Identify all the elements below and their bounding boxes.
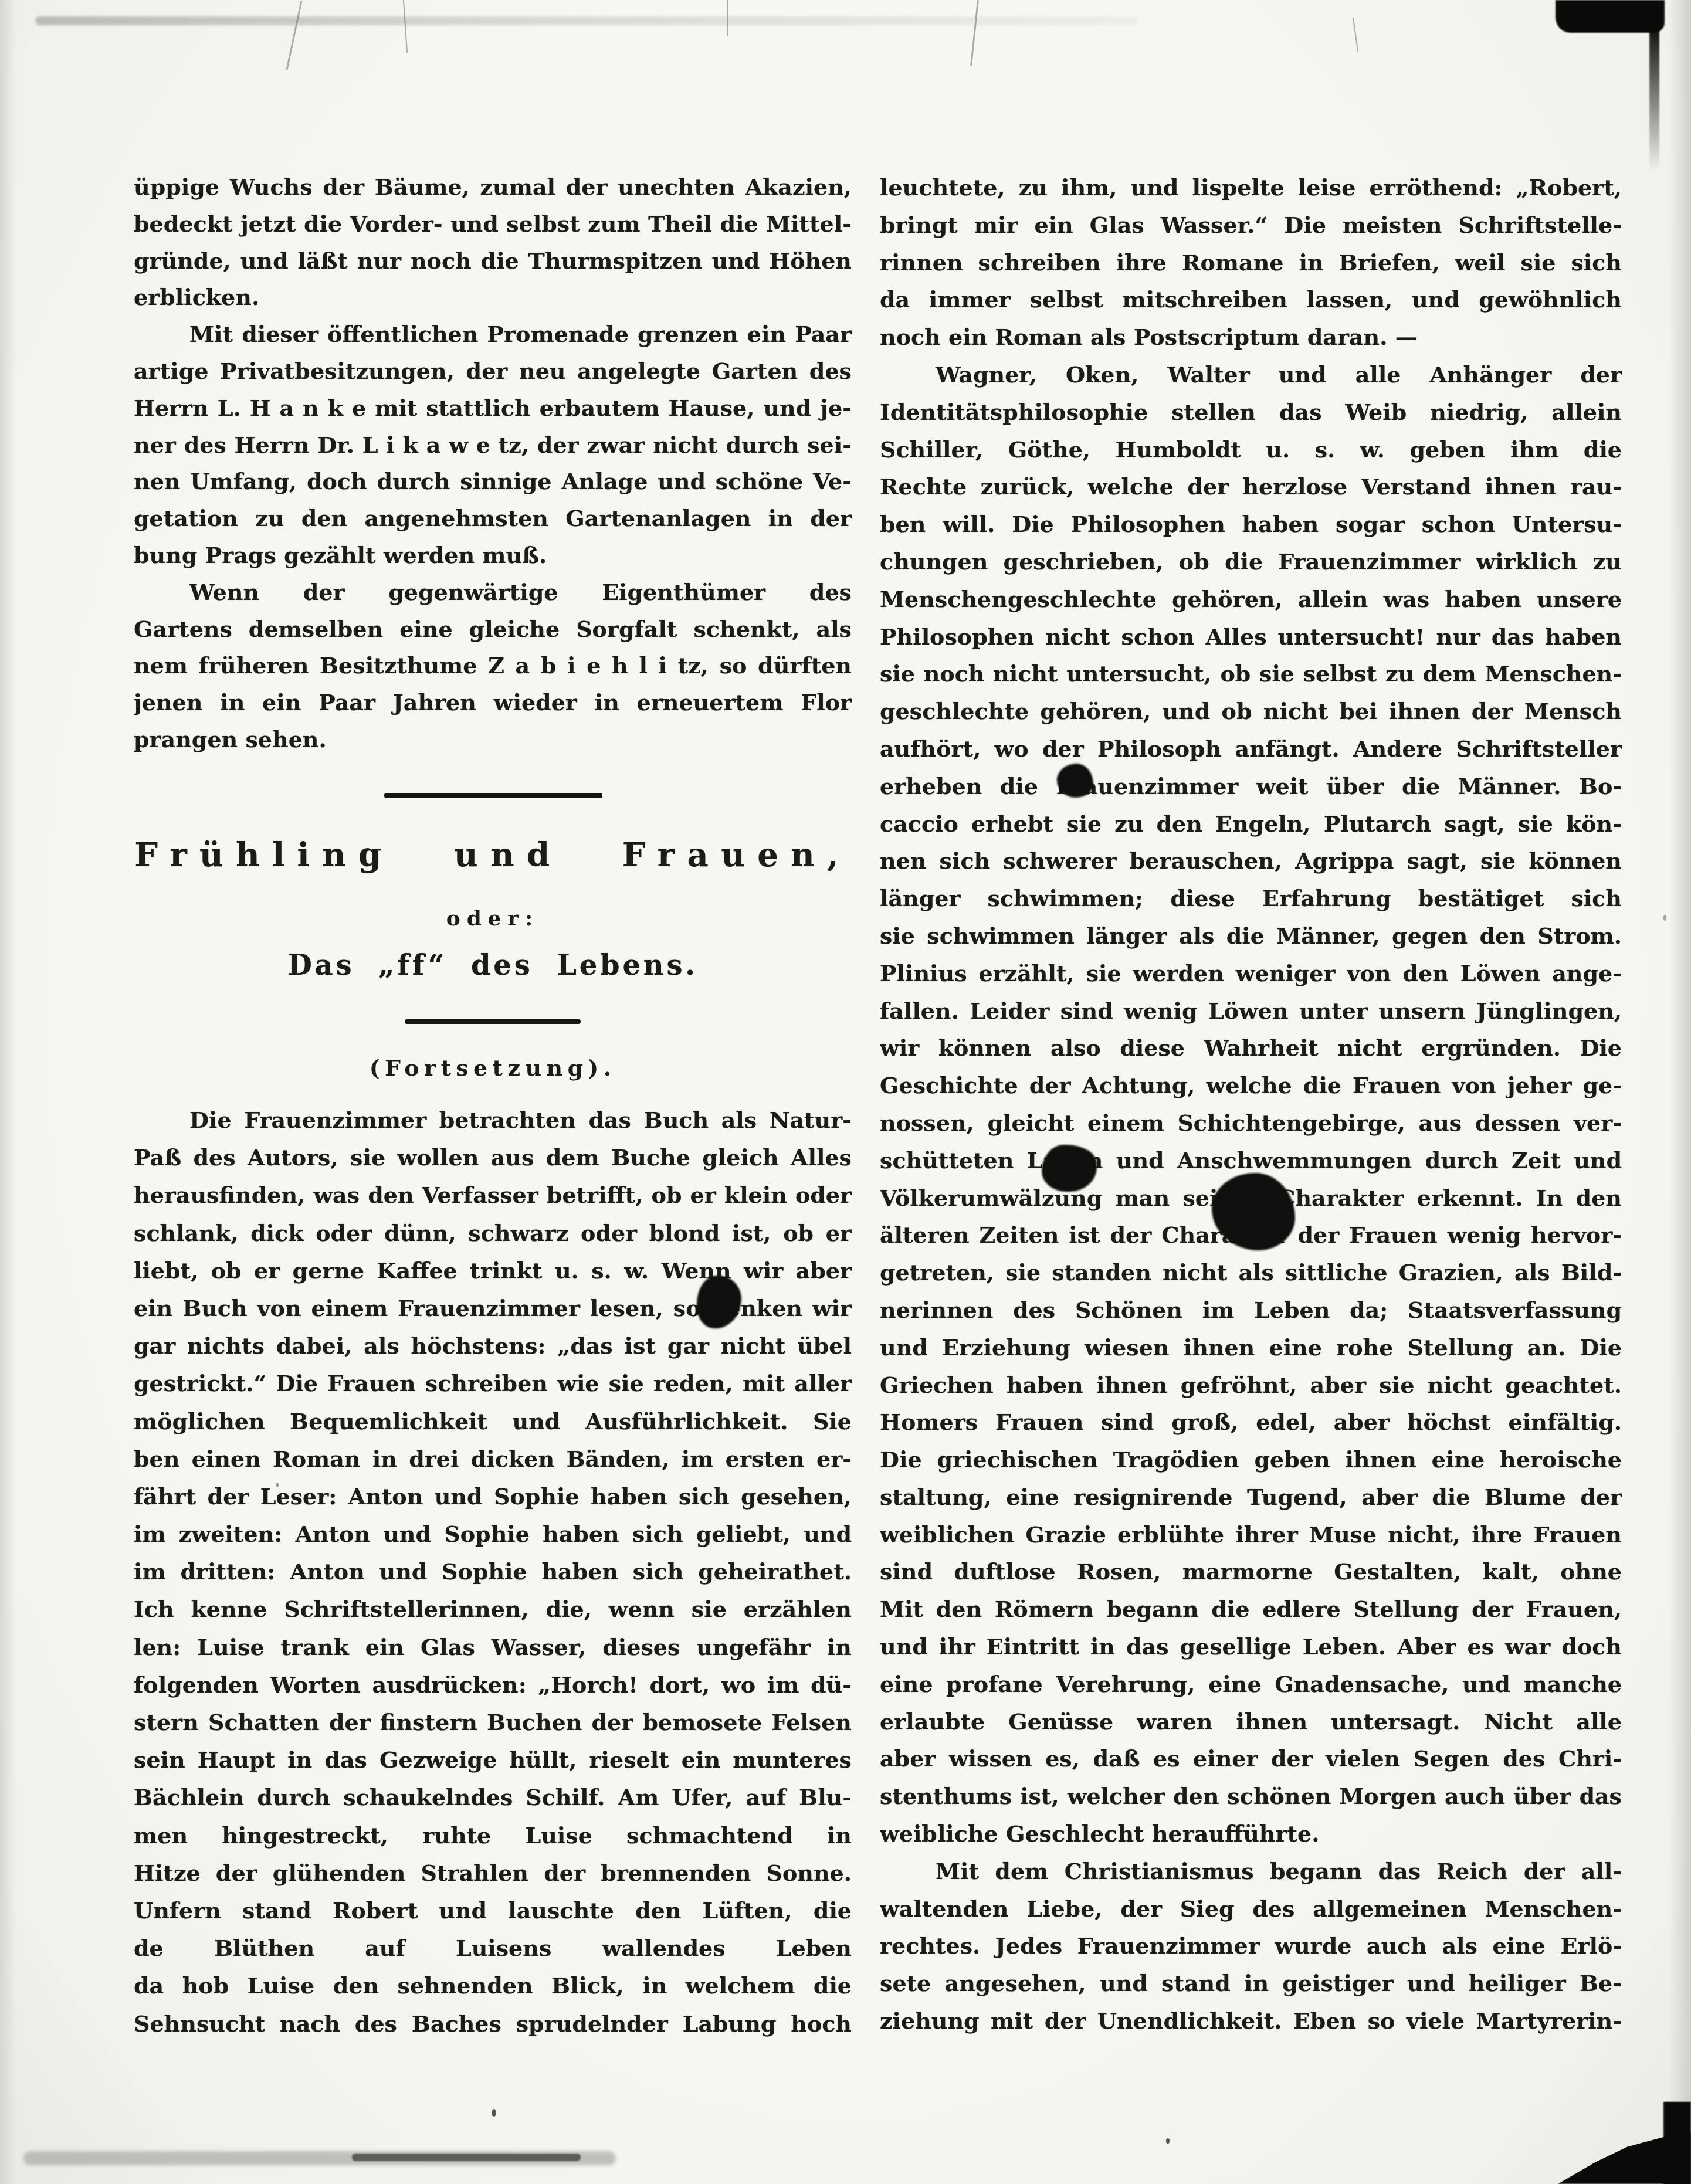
text-line: bringt mir ein Glas Wasser.“ Die meisten… — [880, 206, 1622, 244]
text-line: Die griechischen Tragödien geben ihnen e… — [880, 1441, 1622, 1478]
text-line: Gartens demselben eine gleiche Sorgfalt … — [134, 611, 852, 648]
text-line: Die Frauenzimmer betrachten das Buch als… — [134, 1101, 852, 1139]
text-line: da hob Luise den sehnenden Blick, in wel… — [134, 1967, 852, 2005]
text-line: und Erziehung wiesen ihnen eine rohe Ste… — [880, 1329, 1622, 1366]
text-line: aufhört, wo der Philosoph anfängt. Ander… — [880, 730, 1622, 768]
article-title: Frühling und Frauen, — [134, 836, 852, 874]
paper-speck — [276, 1483, 279, 1487]
text-line: fallen. Leider sind wenig Löwen unter un… — [880, 992, 1622, 1030]
left-column-lower: Die Frauenzimmer betrachten das Buch als… — [134, 1101, 852, 2043]
scan-smudge-top — [35, 16, 1138, 25]
text-line: Identitätsphilosophie stellen das Weib n… — [880, 394, 1622, 431]
text-line: sind duftlose Rosen, marmorne Gestalten,… — [880, 1553, 1622, 1590]
text-line: Philosophen nicht schon Alles untersucht… — [880, 618, 1622, 656]
text-line: Paß des Autors, sie wollen aus dem Buche… — [134, 1139, 852, 1176]
text-line: weiblichen Grazie erblühte ihrer Muse ni… — [880, 1516, 1622, 1554]
text-line: ner des Herrn Dr. L i k a w e tz, der zw… — [134, 427, 852, 464]
continuation-note: (Fortsetzung). — [134, 1054, 852, 1081]
text-line: gründe, und läßt nur noch die Thurmspitz… — [134, 243, 852, 280]
text-line: nossen, gleicht einem Schichtengebirge, … — [880, 1104, 1622, 1142]
text-line: Sehnsucht nach des Baches sprudelnder La… — [134, 2005, 852, 2043]
text-line: folgenden Worten ausdrücken: „Horch! dor… — [134, 1666, 852, 1704]
text-line: geschlechte gehören, und ob nicht bei ih… — [880, 693, 1622, 730]
text-line: Bächlein durch schaukelndes Schilf. Am U… — [134, 1779, 852, 1816]
text-line: üppige Wuchs der Bäume, zumal der unecht… — [134, 169, 852, 206]
text-line: sie noch nicht untersucht, ob sie selbst… — [880, 655, 1622, 693]
text-line: waltenden Liebe, der Sieg des allgemeine… — [880, 1890, 1622, 1928]
text-line: noch ein Roman als Postscriptum daran. — — [880, 318, 1622, 356]
scan-edge-shadow-left — [0, 0, 16, 2184]
text-line: getreten, sie standen nicht als sittlich… — [880, 1254, 1622, 1291]
text-line: Wagner, Oken, Walter und alle Anhänger d… — [880, 356, 1622, 394]
paper-speck — [1663, 915, 1666, 921]
scan-black-blob-top-right — [1556, 0, 1665, 33]
text-line: Wenn der gegenwärtige Eigenthümer des Ca… — [134, 574, 852, 611]
right-column: leuchtete, zu ihm, und lispelte leise er… — [880, 169, 1622, 2040]
text-line: nem früheren Besitzthume Z a b i e h l i… — [134, 647, 852, 684]
text-line: Herrn L. H a n k e mit stattlich erbaute… — [134, 390, 852, 427]
scan-smudge-bottom-dark — [352, 2154, 581, 2161]
text-line: Plinius erzählt, sie werden weniger von … — [880, 955, 1622, 992]
left-column-upper: üppige Wuchs der Bäume, zumal der unecht… — [134, 169, 852, 758]
text-line: erlaubte Genüsse waren ihnen untersagt. … — [880, 1703, 1622, 1741]
text-line: gar nichts dabei, als höchstens: „das is… — [134, 1327, 852, 1365]
text-line: möglichen Bequemlichkeit und Ausführlich… — [134, 1403, 852, 1440]
paper-speck — [492, 2109, 496, 2117]
section-divider-rule-bottom — [405, 1019, 581, 1024]
scan-black-tail-top-right — [1649, 23, 1659, 170]
scratch-line — [970, 0, 979, 66]
text-line: länger schwimmen; diese Erfahrung bestät… — [880, 880, 1622, 917]
text-line: aber wissen es, daß es einer der vielen … — [880, 1740, 1622, 1778]
text-line: getation zu den angenehmsten Gartenanlag… — [134, 500, 852, 537]
paper-speck — [1166, 2138, 1170, 2144]
text-line: und ihr Eintritt in das gesellige Leben.… — [880, 1628, 1622, 1666]
text-line: Mit dem Christianismus begann das Reich … — [880, 1853, 1622, 1890]
text-line: herausfinden, was den Verfasser betrifft… — [134, 1176, 852, 1214]
text-line: artige Privatbesitzungen, der neu angele… — [134, 353, 852, 390]
text-line: schlank, dick oder dünn, schwarz oder bl… — [134, 1215, 852, 1252]
text-line: chungen geschrieben, ob die Frauenzimmer… — [880, 543, 1622, 581]
section-divider-rule-top — [384, 793, 602, 798]
text-line: Ich kenne Schriftstellerinnen, die, wenn… — [134, 1590, 852, 1628]
text-line: sete angesehen, und stand in geistiger u… — [880, 1965, 1622, 2002]
text-line: Mit dieser öffentlichen Promenade grenze… — [134, 316, 852, 353]
text-line: len: Luise trank ein Glas Wasser, dieses… — [134, 1629, 852, 1666]
text-line: de Blüthen auf Luisens wallendes Leben h… — [134, 1929, 852, 1967]
text-line: ben einen Roman in drei dicken Bänden, i… — [134, 1440, 852, 1478]
text-line: Mit den Römern begann die edlere Stellun… — [880, 1590, 1622, 1628]
text-line: erblicken. — [134, 279, 852, 316]
text-line: nerinnen des Schönen im Leben da; Staats… — [880, 1291, 1622, 1329]
text-line: Unfern stand Robert und lauschte den Lüf… — [134, 1892, 852, 1929]
text-line: Hitze der glühenden Strahlen der brennen… — [134, 1854, 852, 1892]
text-line: eine profane Verehrung, eine Gnadensache… — [880, 1666, 1622, 1703]
text-line: rinnen schreiben ihre Romane in Briefen,… — [880, 244, 1622, 282]
text-line: leuchtete, zu ihm, und lispelte leise er… — [880, 169, 1622, 206]
text-line: Geschichte der Achtung, welche die Fraue… — [880, 1067, 1622, 1104]
text-line: Menschengeschlechte gehören, allein was … — [880, 581, 1622, 618]
scratch-line — [286, 1, 303, 70]
text-line: Homers Frauen sind groß, edel, aber höch… — [880, 1403, 1622, 1441]
text-line: wir können also diese Wahrheit nicht erg… — [880, 1029, 1622, 1067]
scratch-line — [403, 0, 408, 53]
text-line: stern Schatten der finstern Buchen der b… — [134, 1704, 852, 1741]
text-line: sie schwimmen länger als die Männer, geg… — [880, 917, 1622, 955]
article-subtitle: Das „ff“ des Lebens. — [134, 949, 852, 982]
text-line: ein Buch von einem Frauenzimmer lesen, s… — [134, 1290, 852, 1327]
text-line: liebt, ob er gerne Kaffee trinkt u. s. w… — [134, 1252, 852, 1290]
text-line: staltung, eine resignirende Tugend, aber… — [880, 1478, 1622, 1516]
text-line: stenthums ist, welcher den schönen Morge… — [880, 1778, 1622, 1815]
text-line: ziehung mit der Unendlichkeit. Eben so v… — [880, 2002, 1622, 2040]
scratch-line — [727, 0, 728, 36]
text-line: bedeckt jetzt die Vorder- und selbst zum… — [134, 206, 852, 243]
ink-blot-right-column-small — [1057, 764, 1093, 798]
text-line: da immer selbst mitschreiben lassen, und… — [880, 281, 1622, 318]
text-line: jenen in ein Paar Jahren wieder in erneu… — [134, 684, 852, 721]
article-title-or: oder: — [134, 906, 852, 931]
scanned-newspaper-page: üppige Wuchs der Bäume, zumal der unecht… — [0, 0, 1691, 2184]
text-line: gestrickt.“ Die Frauen schreiben wie sie… — [134, 1365, 852, 1402]
text-line: im zweiten: Anton und Sophie haben sich … — [134, 1515, 852, 1553]
scan-black-strip-bottom-right — [1663, 2102, 1691, 2184]
text-line: rechtes. Jedes Frauenzimmer wurde auch a… — [880, 1927, 1622, 1965]
text-line: nen Umfang, doch durch sinnige Anlage un… — [134, 463, 852, 500]
text-line: ben will. Die Philosophen haben sogar sc… — [880, 506, 1622, 543]
text-line: Schiller, Göthe, Humboldt u. s. w. geben… — [880, 431, 1622, 469]
text-line: erheben die Frauenzimmer weit über die M… — [880, 768, 1622, 805]
text-line: men hingestreckt, ruhte Luise schmachten… — [134, 1817, 852, 1854]
text-line: Rechte zurück, welche der herzlose Verst… — [880, 468, 1622, 506]
scratch-line — [1353, 18, 1358, 52]
text-line: nen sich schwerer berauschen, Agrippa sa… — [880, 842, 1622, 880]
text-line: weibliche Geschlecht heraufführte. — [880, 1815, 1622, 1853]
text-line: im dritten: Anton und Sophie haben sich … — [134, 1553, 852, 1590]
text-line: bung Prags gezählt werden muß. — [134, 537, 852, 574]
scan-edge-shadow-right — [1669, 0, 1691, 2184]
text-line: Griechen haben ihnen gefröhnt, aber sie … — [880, 1366, 1622, 1404]
text-line: caccio erhebt sie zu den Engeln, Plutarc… — [880, 805, 1622, 843]
text-line: prangen sehen. — [134, 721, 852, 758]
ink-blot-right-column-mid — [1042, 1145, 1097, 1192]
text-line: fährt der Leser: Anton und Sophie haben … — [134, 1478, 852, 1515]
text-line: sein Haupt in das Gezweige hüllt, riesel… — [134, 1741, 852, 1779]
